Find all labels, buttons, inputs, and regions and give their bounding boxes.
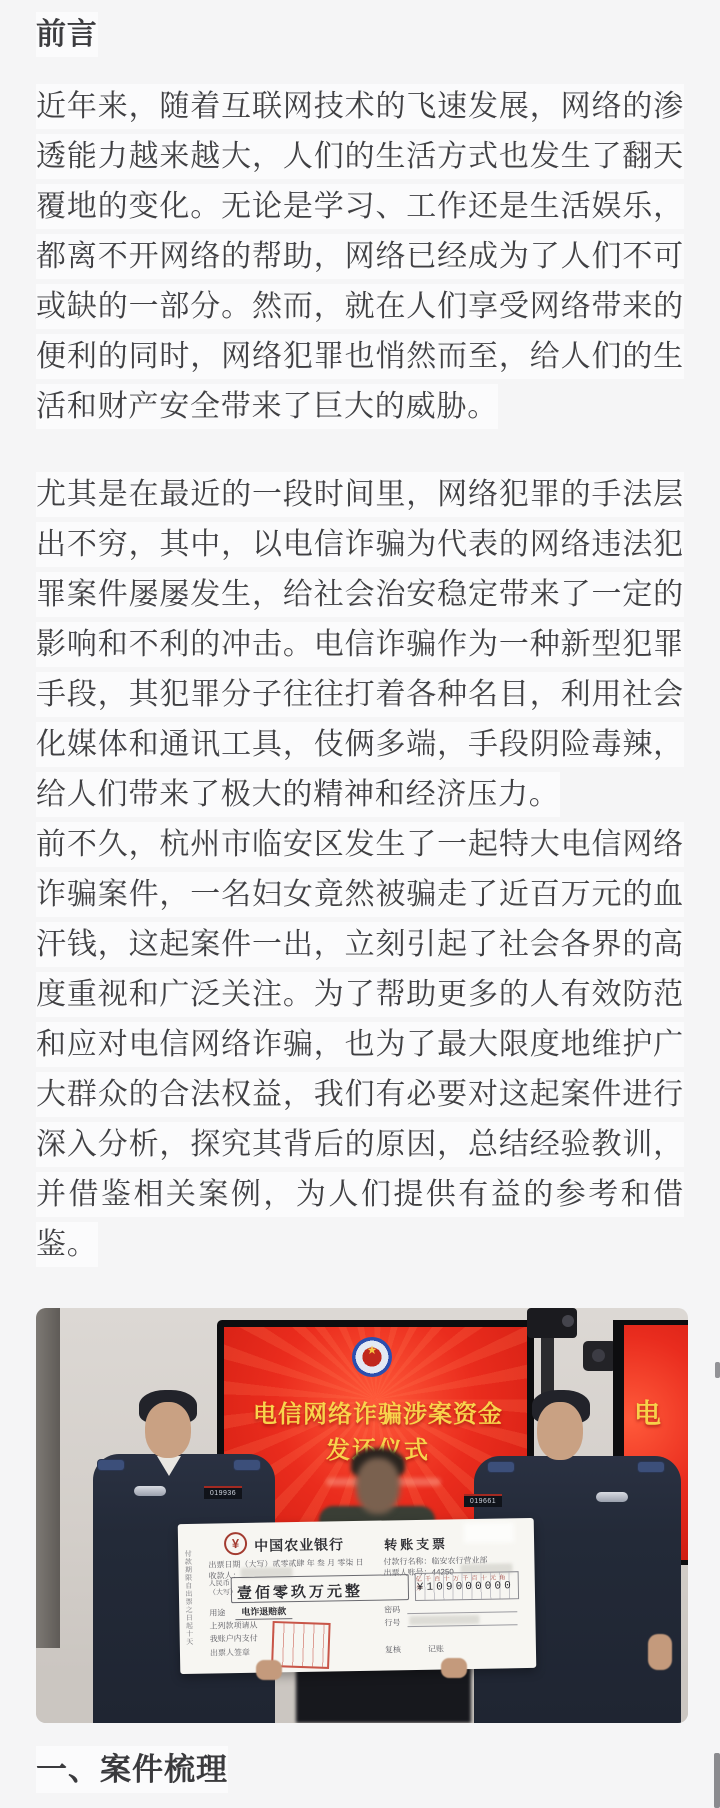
paragraph-1: 近年来，随着互联网技术的飞速发展，网络的渗透能力越来越大，人们的生活方式也发生了… [36, 82, 684, 432]
check-from-line1: 上列款项请从 [209, 1620, 257, 1632]
ptz-camera-lens-icon [562, 1315, 574, 1327]
check-from-line2: 我账户内支付 [210, 1633, 258, 1645]
officer-left-face [145, 1402, 191, 1458]
check-amount-words: 壹佰零玖万元整 [237, 1580, 363, 1603]
paragraph-1-text: 近年来，随着互联网技术的飞速发展，网络的渗透能力越来越大，人们的生活方式也发生了… [36, 84, 684, 429]
scrollbar-thumb-fragment[interactable] [715, 1362, 720, 1378]
check-redaction-patch [464, 1522, 514, 1543]
officer-right-chest-badge-icon [596, 1492, 628, 1502]
center-person-blurred-face [356, 1458, 400, 1514]
check-password-label: 密码 [384, 1604, 400, 1615]
article-photo[interactable]: ★ 电信网络诈骗涉案资金 发还仪式 电 019936 019661 [36, 1308, 688, 1723]
center-person-right-hand [441, 1658, 467, 1678]
paragraph-3: 前不久，杭州市临安区发生了一起特大电信网络诈骗案件，一名妇女竟然被骗走了近百万元… [36, 820, 684, 1270]
officer-left-epaulette [98, 1460, 124, 1470]
officer-right-epaulette [638, 1462, 664, 1472]
screen-title-line1: 电信网络诈骗涉案资金 [224, 1394, 532, 1429]
check-purpose-label: 用途 [209, 1607, 225, 1618]
officer-left-number-badge: 019936 [204, 1486, 242, 1499]
officer-left-chest-badge-icon [134, 1486, 166, 1496]
paragraph-3-text: 前不久，杭州市临安区发生了一起特大电信网络诈骗案件，一名妇女竟然被骗走了近百万元… [36, 822, 684, 1267]
paragraph-2-text: 尤其是在最近的一段时间里，网络犯罪的手法层出不穷，其中，以电信诈骗为代表的网络违… [36, 472, 684, 817]
paragraph-2: 尤其是在最近的一段时间里，网络犯罪的手法层出不穷，其中，以电信诈骗为代表的网络违… [36, 470, 684, 820]
police-emblem-icon: ★ [352, 1337, 392, 1377]
scrollbar-thumb[interactable] [714, 1753, 720, 1808]
article-page: 前言 近年来，随着互联网技术的飞速发展，网络的渗透能力越来越大，人们的生活方式也… [0, 0, 720, 1795]
officer-left-epaulette [234, 1460, 260, 1470]
preface-heading-text: 前言 [36, 12, 98, 57]
check-sign-label: 出票人签章 [210, 1647, 250, 1659]
check-purpose-value: 电诈退赔款 [235, 1604, 292, 1620]
center-person-left-hand [256, 1660, 282, 1680]
check-side-note: 付款期限自出票之日起十天 [182, 1550, 194, 1660]
officer-right-epaulette [488, 1462, 514, 1472]
check-amount-digits: ¥109000000 [417, 1580, 519, 1594]
check-password-line [407, 1611, 517, 1614]
section-heading: 一、案件梳理 [36, 1745, 684, 1795]
officer-right-face [537, 1402, 583, 1460]
emblem-star-icon: ★ [352, 1343, 392, 1357]
officer-right-hand [648, 1634, 672, 1670]
bank-logo-icon: ¥ [224, 1532, 247, 1555]
giant-bank-check: ¥ 中国农业银行 转账支票 出票日期（大写）贰零贰肆 年 叁 月 零柒 日 付款… [178, 1518, 537, 1674]
wall-pillar [36, 1308, 60, 1648]
preface-heading: 前言 [36, 10, 684, 60]
officer-right-number-badge: 019661 [464, 1494, 502, 1507]
check-review-label: 复核 [385, 1644, 401, 1655]
check-bank-no-label: 行号 [384, 1617, 400, 1628]
wall-camera-lens-icon [592, 1349, 605, 1362]
check-bank-name: 中国农业银行 [254, 1534, 344, 1556]
section-heading-text: 一、案件梳理 [36, 1746, 228, 1793]
check-bank-no-redaction [409, 1615, 479, 1625]
check-record-label: 记账 [428, 1643, 444, 1654]
right-screen-text: 电 [634, 1392, 661, 1431]
check-doc-type: 转账支票 [384, 1533, 448, 1553]
